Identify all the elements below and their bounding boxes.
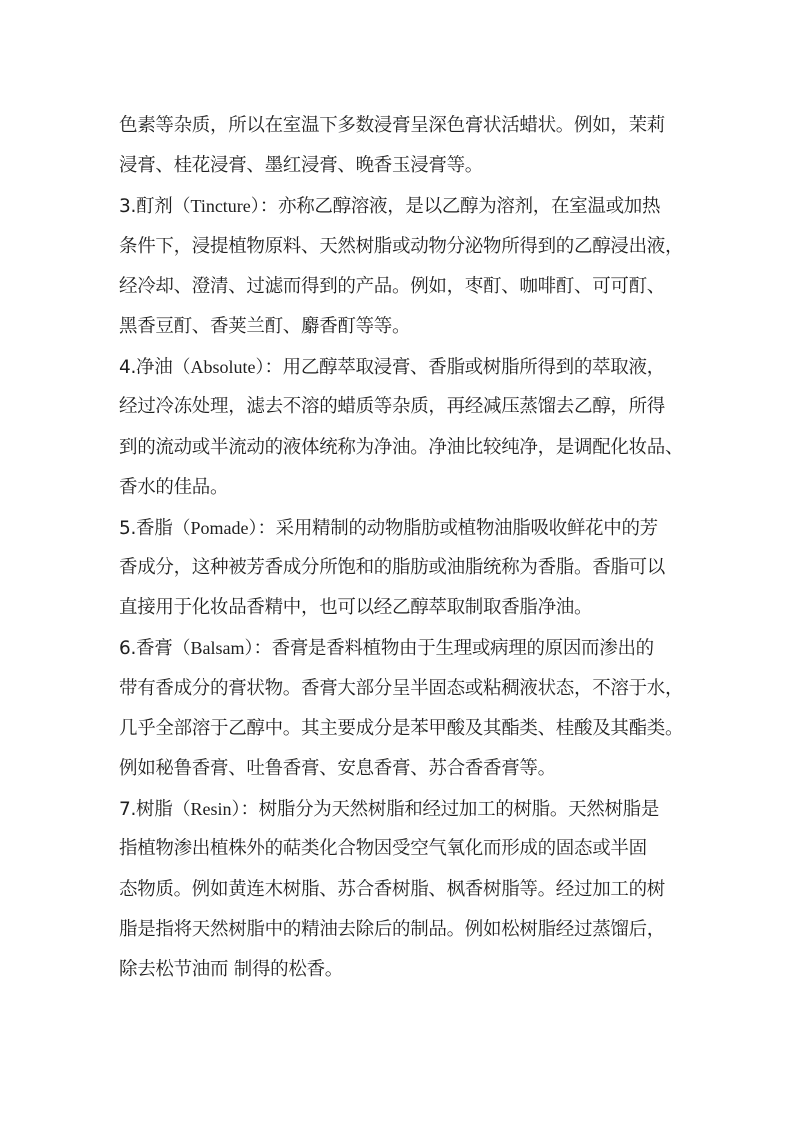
item-heading: 6.香膏 xyxy=(119,638,172,659)
text-line: 几乎全部溶于乙醇中。其主要成分是苯甲酸及其酯类、桂酸及其酯类。 xyxy=(119,709,679,749)
item-heading: 3.酊剂 xyxy=(119,196,172,217)
item-body: ：香膏是香料植物由于生理或病理的原因而渗出的 xyxy=(253,638,653,659)
document-page: 色素等杂质，所以在室温下多数浸膏呈深色膏状活蜡状。例如，茉莉 浸膏、桂花浸膏、墨… xyxy=(119,106,679,990)
paragraph-tincture: 3.酊剂（Tincture）：亦称乙醇溶液，是以乙醇为溶剂，在室温或加热 条件下… xyxy=(119,186,679,347)
text-line: 指植物渗出植株外的萜类化合物因受空气氧化而形成的固态或半固 xyxy=(119,829,679,869)
item-term-english: （Balsam） xyxy=(172,638,253,658)
item-body: ：树脂分为天然树脂和经过加工的树脂。天然树脂是 xyxy=(240,799,659,820)
text-line: 经冷却、澄清、过滤而得到的产品。例如，枣酊、咖啡酊、可可酊、 xyxy=(119,267,679,307)
text-line: 6.香膏（Balsam）：香膏是香料植物由于生理或病理的原因而渗出的 xyxy=(119,628,679,668)
text-line: 3.酊剂（Tincture）：亦称乙醇溶液，是以乙醇为溶剂，在室温或加热 xyxy=(119,186,679,226)
item-term-english: （Resin） xyxy=(172,799,240,819)
text-line: 除去松节油而 制得的松香。 xyxy=(119,950,679,990)
text-line: 经过冷冻处理，滤去不溶的蜡质等杂质，再经减压蒸馏去乙醇，所得 xyxy=(119,387,679,427)
text-line: 色素等杂质，所以在室温下多数浸膏呈深色膏状活蜡状。例如，茉莉 xyxy=(119,106,679,146)
item-term-english: （Pomade） xyxy=(172,518,257,538)
item-body: ：用乙醇萃取浸膏、香脂或树脂所得到的萃取液， xyxy=(264,357,664,378)
text-line: 脂是指将天然树脂中的精油去除后的制品。例如松树脂经过蒸馏后， xyxy=(119,910,679,950)
item-heading: 4.净油 xyxy=(119,357,172,378)
item-term-english: （Absolute） xyxy=(172,357,264,377)
text-line: 直接用于化妆品香精中，也可以经乙醇萃取制取香脂净油。 xyxy=(119,588,679,628)
text-line: 5.香脂（Pomade）：采用精制的动物脂肪或植物油脂吸收鲜花中的芳 xyxy=(119,508,679,548)
text-line: 条件下，浸提植物原料、天然树脂或动物分泌物所得到的乙醇浸出液， xyxy=(119,227,679,267)
paragraph-balsam: 6.香膏（Balsam）：香膏是香料植物由于生理或病理的原因而渗出的 带有香成分… xyxy=(119,628,679,789)
text-line: 香水的佳品。 xyxy=(119,468,679,508)
item-body: ：采用精制的动物脂肪或植物油脂吸收鲜花中的芳 xyxy=(257,518,657,539)
text-line: 浸膏、桂花浸膏、墨红浸膏、晚香玉浸膏等。 xyxy=(119,146,679,186)
item-body: ：亦称乙醇溶液，是以乙醇为溶剂，在室温或加热 xyxy=(260,196,660,217)
paragraph-absolute: 4.净油（Absolute）：用乙醇萃取浸膏、香脂或树脂所得到的萃取液， 经过冷… xyxy=(119,347,679,508)
text-line: 到的流动或半流动的液体统称为净油。净油比较纯净，是调配化妆品、 xyxy=(119,428,679,468)
text-line: 4.净油（Absolute）：用乙醇萃取浸膏、香脂或树脂所得到的萃取液， xyxy=(119,347,679,387)
paragraph-resin: 7.树脂（Resin）：树脂分为天然树脂和经过加工的树脂。天然树脂是 指植物渗出… xyxy=(119,789,679,990)
text-line: 黑香豆酊、香荚兰酊、麝香酊等等。 xyxy=(119,307,679,347)
paragraph-pomade: 5.香脂（Pomade）：采用精制的动物脂肪或植物油脂吸收鲜花中的芳 香成分，这… xyxy=(119,508,679,629)
text-line: 7.树脂（Resin）：树脂分为天然树脂和经过加工的树脂。天然树脂是 xyxy=(119,789,679,829)
text-line: 香成分，这种被芳香成分所饱和的脂肪或油脂统称为香脂。香脂可以 xyxy=(119,548,679,588)
text-line: 例如秘鲁香膏、吐鲁香膏、安息香膏、苏合香香膏等。 xyxy=(119,749,679,789)
item-term-english: （Tincture） xyxy=(172,196,259,216)
item-heading: 5.香脂 xyxy=(119,518,172,539)
paragraph-continuation: 色素等杂质，所以在室温下多数浸膏呈深色膏状活蜡状。例如，茉莉 浸膏、桂花浸膏、墨… xyxy=(119,106,679,186)
item-heading: 7.树脂 xyxy=(119,799,172,820)
text-line: 带有香成分的膏状物。香膏大部分呈半固态或粘稠液状态，不溶于水， xyxy=(119,669,679,709)
text-line: 态物质。例如黄连木树脂、苏合香树脂、枫香树脂等。经过加工的树 xyxy=(119,870,679,910)
